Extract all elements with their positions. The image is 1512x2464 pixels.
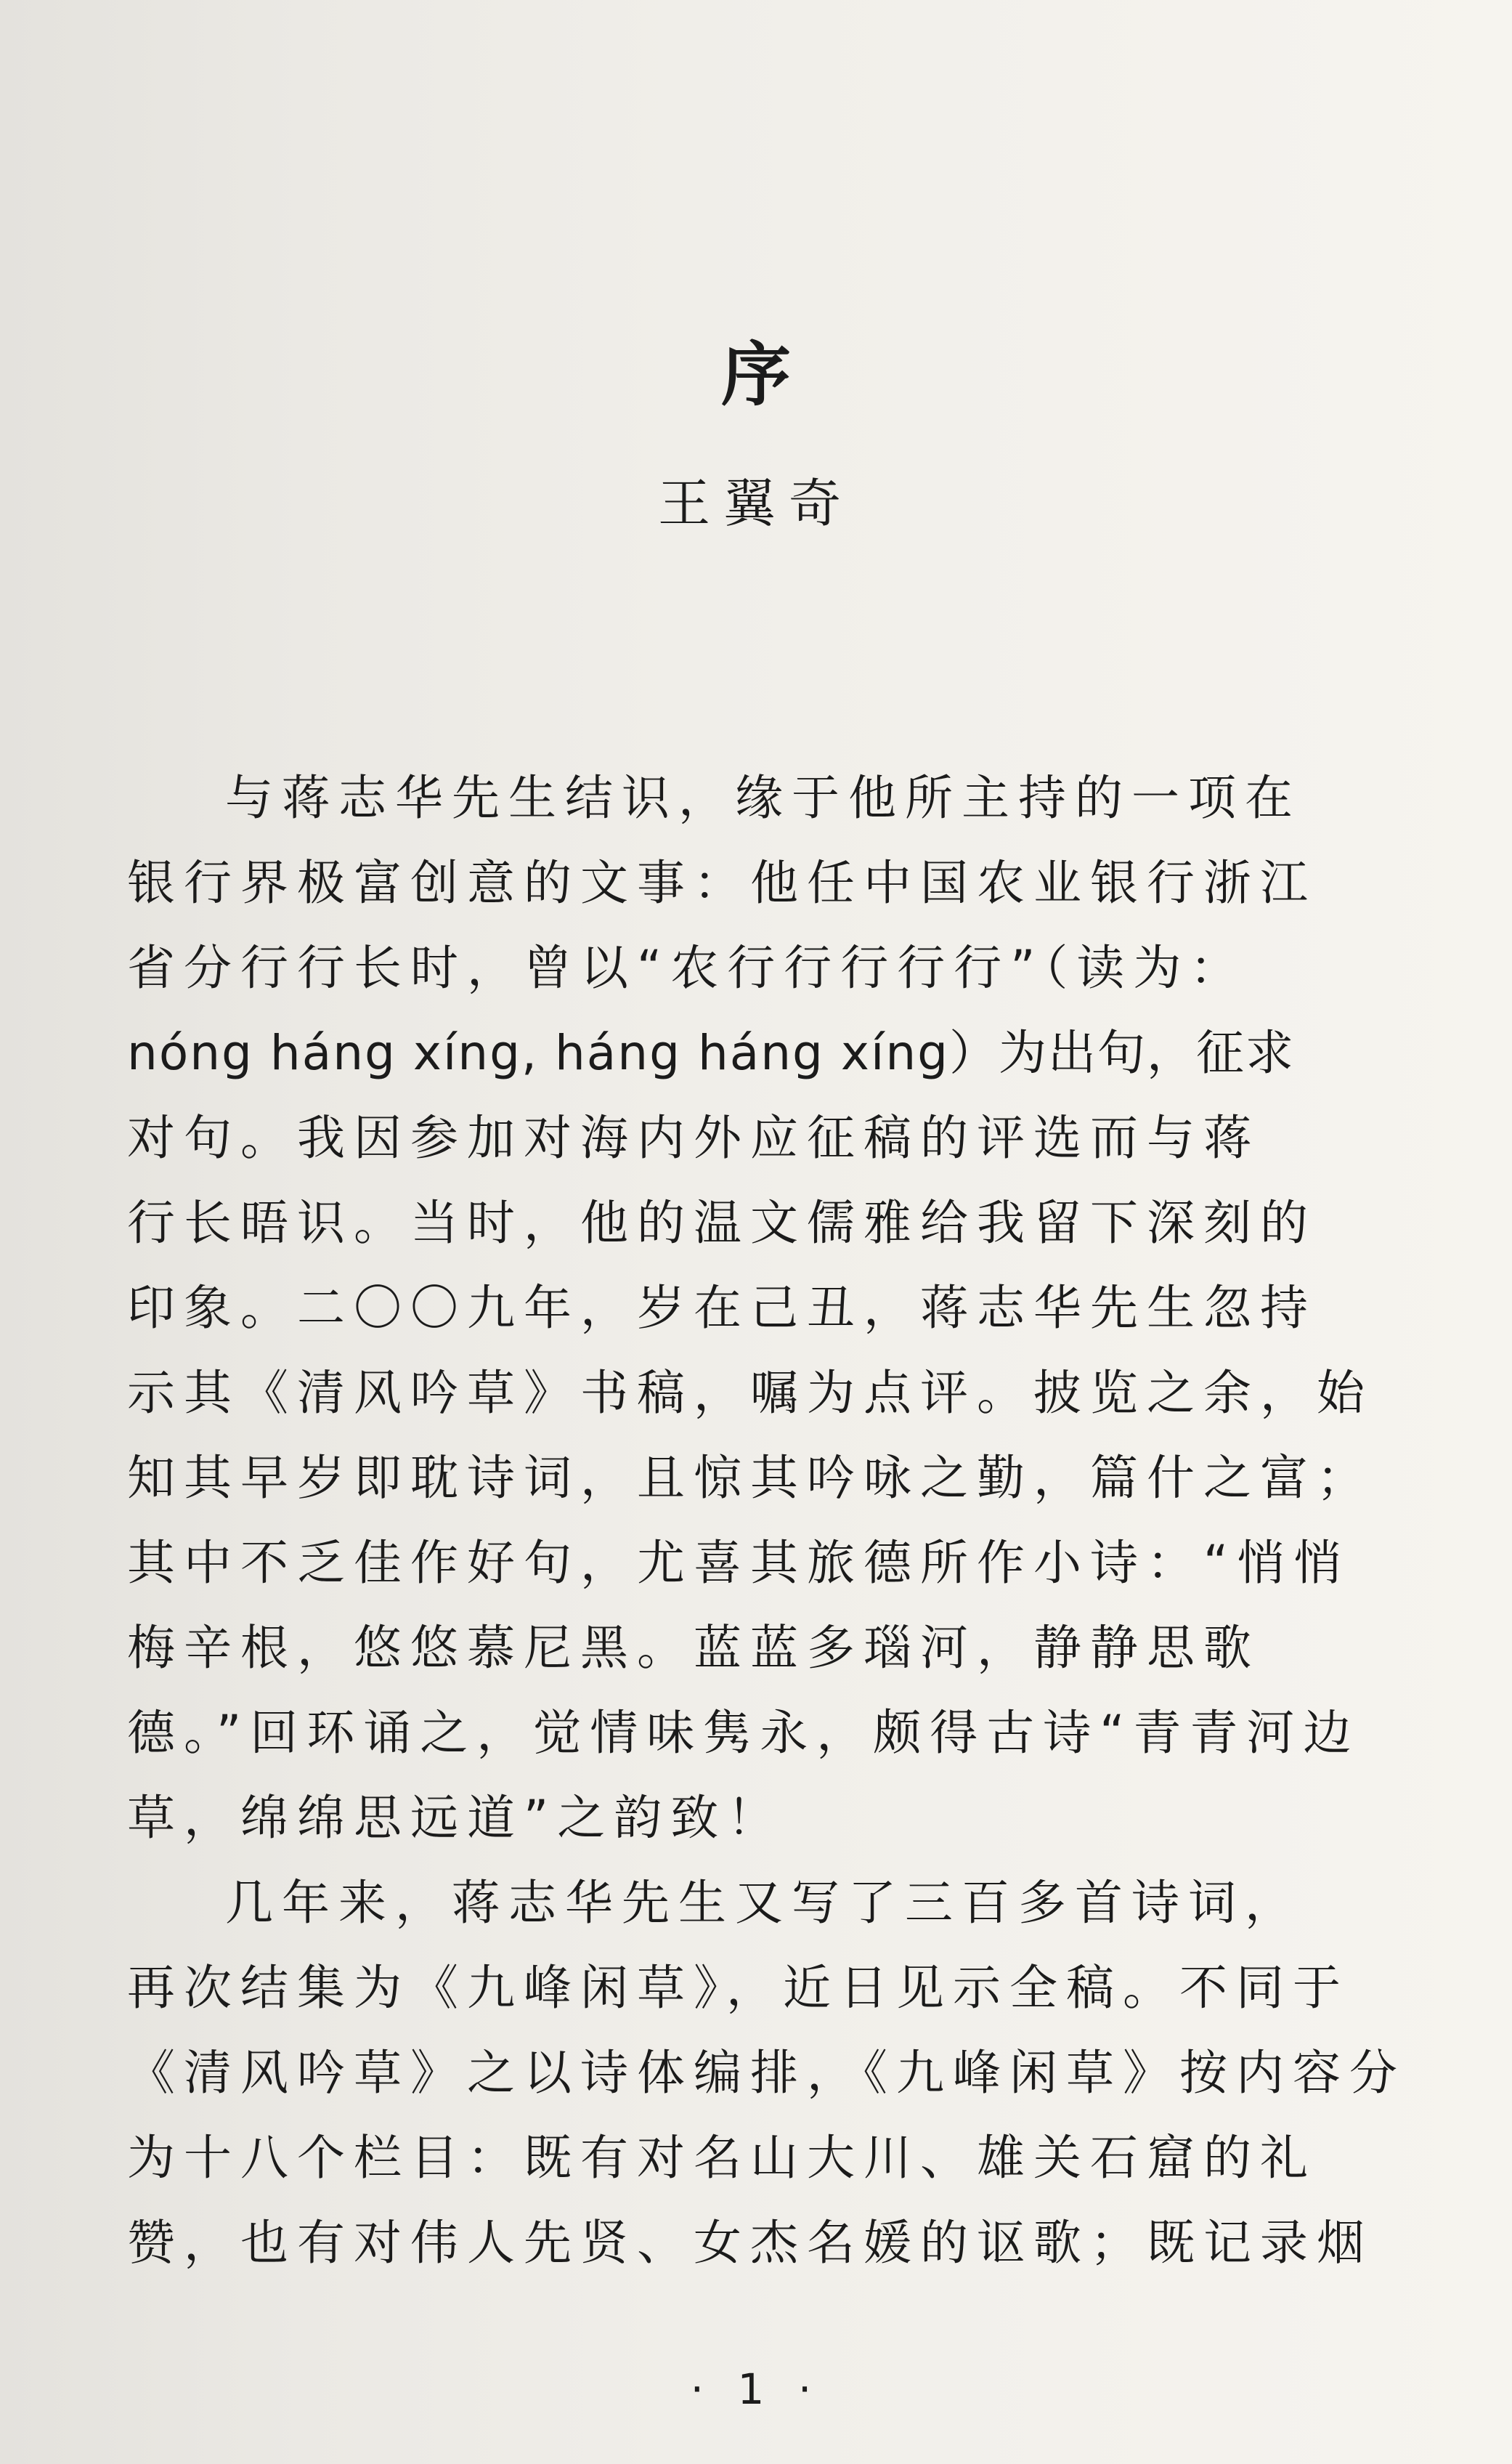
text-line: 其中不乏佳作好句，尤喜其旅德所作小诗：“悄悄 bbox=[127, 1520, 1318, 1605]
text-line: 省分行行长时，曾以“农行行行行行”（读为： bbox=[127, 925, 1318, 1010]
text-line: 示其《清风吟草》书稿，嘱为点评。披览之余，始 bbox=[127, 1350, 1318, 1435]
text-line: 知其早岁即耽诗词，且惊其吟咏之勤，篇什之富； bbox=[127, 1435, 1318, 1520]
text-line: 再次结集为《九峰闲草》，近日见示全稿。不同于 bbox=[127, 1945, 1318, 2030]
text-line: 几年来，蒋志华先生又写了三百多首诗词， bbox=[127, 1860, 1318, 1945]
text-line: 《清风吟草》之以诗体编排，《九峰闲草》按内容分 bbox=[127, 2030, 1318, 2115]
text-line: 对句。我因参加对海内外应征稿的评选而与蒋 bbox=[127, 1095, 1318, 1180]
body-text: 与蒋志华先生结识，缘于他所主持的一项在 银行界极富创意的文事：他任中国农业银行浙… bbox=[127, 755, 1318, 2285]
page-number: · 1 · bbox=[0, 2364, 1512, 2414]
text-line-pinyin: nóng háng xíng, háng háng xíng）为出句，征求 bbox=[127, 1010, 1318, 1095]
page-title: 序 bbox=[0, 320, 1512, 419]
author-name: 王翼奇 bbox=[0, 461, 1512, 537]
text-line: 与蒋志华先生结识，缘于他所主持的一项在 bbox=[127, 755, 1318, 840]
text-line: 德。”回环诵之，觉情味隽永，颇得古诗“青青河边 bbox=[127, 1690, 1318, 1775]
text-line: 草，绵绵思远道”之韵致！ bbox=[127, 1775, 1318, 1860]
text-line: 行长晤识。当时，他的温文儒雅给我留下深刻的 bbox=[127, 1180, 1318, 1265]
text-line: 银行界极富创意的文事：他任中国农业银行浙江 bbox=[127, 840, 1318, 925]
text-line: 赞，也有对伟人先贤、女杰名媛的讴歌；既记录烟 bbox=[127, 2200, 1318, 2285]
text-line: 为十八个栏目：既有对名山大川、雄关石窟的礼 bbox=[127, 2115, 1318, 2200]
book-page: 序 王翼奇 与蒋志华先生结识，缘于他所主持的一项在 银行界极富创意的文事：他任中… bbox=[0, 0, 1512, 2464]
text-line: 印象。二〇〇九年，岁在己丑，蒋志华先生忽持 bbox=[127, 1265, 1318, 1350]
text-line: 梅辛根，悠悠慕尼黑。蓝蓝多瑙河，静静思歌 bbox=[127, 1605, 1318, 1690]
